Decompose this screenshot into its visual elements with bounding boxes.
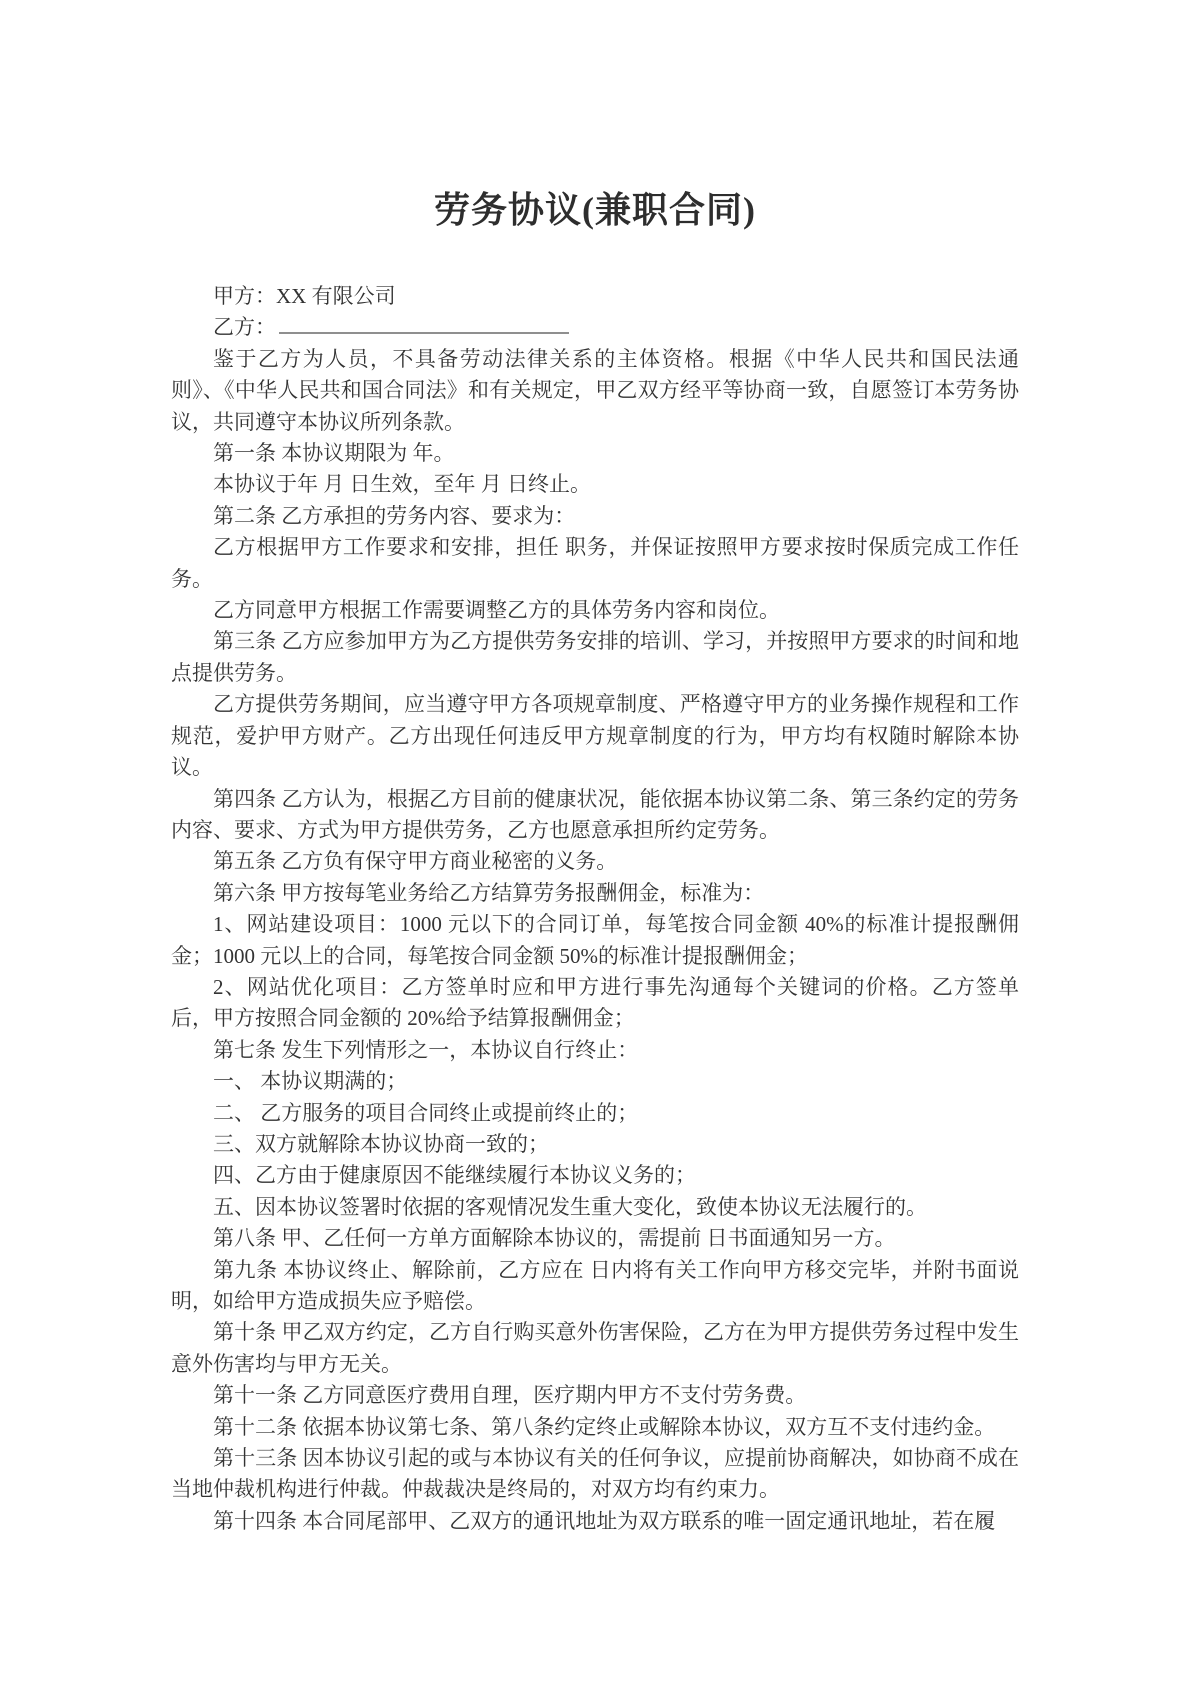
paragraph: 第四条 乙方认为，根据乙方目前的健康状况，能依据本协议第二条、第三条约定的劳务内… <box>171 784 1019 847</box>
paragraph: 一、 本协议期满的； <box>171 1066 1019 1097</box>
party-b-label: 乙方： <box>213 315 276 339</box>
party-b-blank-field <box>279 312 569 334</box>
paragraph: 第八条 甲、乙任何一方单方面解除本协议的，需提前 日书面通知另一方。 <box>171 1223 1019 1254</box>
paragraph: 本协议于年 月 日生效，至年 月 日终止。 <box>171 469 1019 500</box>
party-a-line: 甲方：XX 有限公司 <box>171 281 1019 312</box>
paragraph: 三、双方就解除本协议协商一致的； <box>171 1129 1019 1160</box>
paragraph: 第二条 乙方承担的劳务内容、要求为： <box>171 501 1019 532</box>
paragraph: 第三条 乙方应参加甲方为乙方提供劳务安排的培训、学习，并按照甲方要求的时间和地点… <box>171 626 1019 689</box>
document-title: 劳务协议(兼职合同) <box>0 0 1190 230</box>
paragraph: 第一条 本协议期限为 年。 <box>171 438 1019 469</box>
paragraph: 二、 乙方服务的项目合同终止或提前终止的； <box>171 1098 1019 1129</box>
document-page: 劳务协议(兼职合同) 甲方：XX 有限公司 乙方： 鉴于乙方为人员，不具备劳动法… <box>0 0 1190 1683</box>
paragraph: 1、网站建设项目：1000 元以下的合同订单，每笔按合同金额 40%的标准计提报… <box>171 909 1019 972</box>
paragraph: 2、网站优化项目：乙方签单时应和甲方进行事先沟通每个关键词的价格。乙方签单后，甲… <box>171 972 1019 1035</box>
paragraph: 四、乙方由于健康原因不能继续履行本协议义务的； <box>171 1160 1019 1191</box>
party-b-line: 乙方： <box>171 312 1019 343</box>
paragraph: 第十一条 乙方同意医疗费用自理，医疗期内甲方不支付劳务费。 <box>171 1380 1019 1411</box>
paragraph: 第九条 本协议终止、解除前，乙方应在 日内将有关工作向甲方移交完毕，并附书面说明… <box>171 1255 1019 1318</box>
paragraph-list: 鉴于乙方为人员，不具备劳动法律关系的主体资格。根据《中华人民共和国民法通则》、《… <box>171 344 1019 1537</box>
paragraph: 五、因本协议签署时依据的客观情况发生重大变化，致使本协议无法履行的。 <box>171 1192 1019 1223</box>
document-body: 甲方：XX 有限公司 乙方： 鉴于乙方为人员，不具备劳动法律关系的主体资格。根据… <box>171 281 1019 1537</box>
paragraph: 乙方同意甲方根据工作需要调整乙方的具体劳务内容和岗位。 <box>171 595 1019 626</box>
paragraph: 第七条 发生下列情形之一，本协议自行终止： <box>171 1035 1019 1066</box>
paragraph: 第十条 甲乙双方约定，乙方自行购买意外伤害保险，乙方在为甲方提供劳务过程中发生意… <box>171 1317 1019 1380</box>
paragraph: 第十四条 本合同尾部甲、乙双方的通讯地址为双方联系的唯一固定通讯地址，若在履 <box>171 1506 1019 1537</box>
paragraph: 第十二条 依据本协议第七条、第八条约定终止或解除本协议，双方互不支付违约金。 <box>171 1412 1019 1443</box>
paragraph: 乙方根据甲方工作要求和安排，担任 职务，并保证按照甲方要求按时保质完成工作任务。 <box>171 532 1019 595</box>
paragraph: 第五条 乙方负有保守甲方商业秘密的义务。 <box>171 846 1019 877</box>
paragraph: 第十三条 因本协议引起的或与本协议有关的任何争议，应提前协商解决，如协商不成在当… <box>171 1443 1019 1506</box>
paragraph: 第六条 甲方按每笔业务给乙方结算劳务报酬佣金，标准为： <box>171 878 1019 909</box>
paragraph: 鉴于乙方为人员，不具备劳动法律关系的主体资格。根据《中华人民共和国民法通则》、《… <box>171 344 1019 438</box>
paragraph: 乙方提供劳务期间，应当遵守甲方各项规章制度、严格遵守甲方的业务操作规程和工作规范… <box>171 689 1019 783</box>
